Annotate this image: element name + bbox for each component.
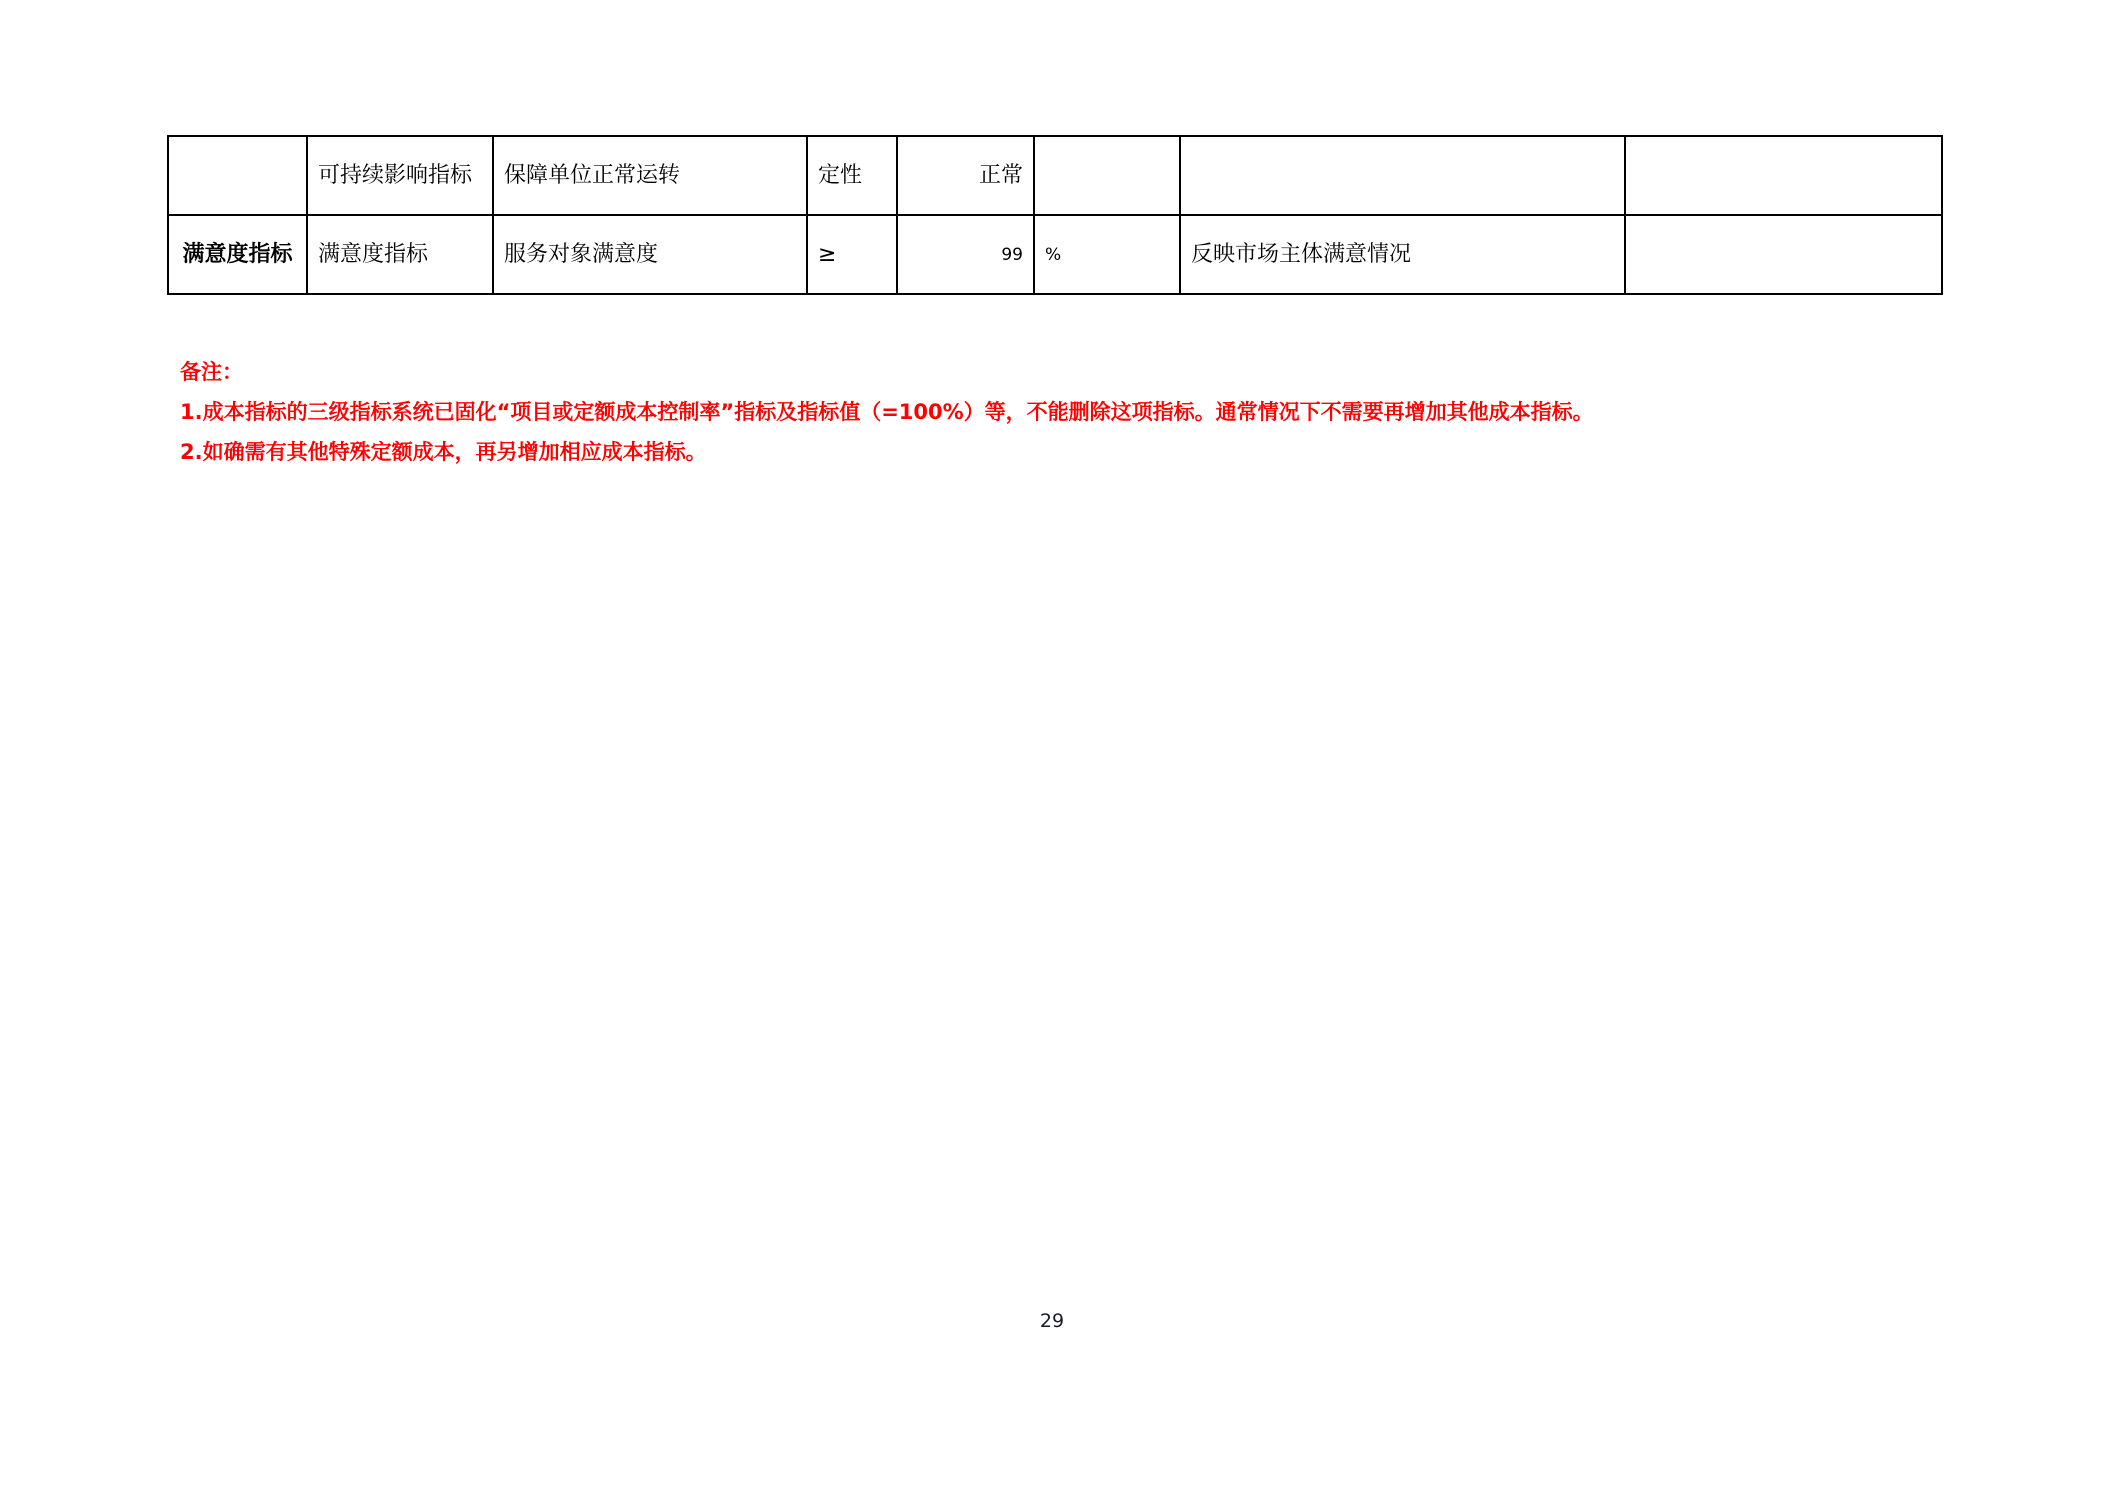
table-row: 可持续影响指标 保障单位正常运转 定性 正常 — [168, 136, 1942, 215]
level2-indicator-cell: 可持续影响指标 — [307, 136, 493, 215]
level3-indicator-cell: 保障单位正常运转 — [493, 136, 807, 215]
performance-indicator-table: 可持续影响指标 保障单位正常运转 定性 正常 满意度指标 满意度指标 服务对象满… — [167, 135, 1943, 295]
description-cell: 反映市场主体满意情况 — [1180, 215, 1625, 294]
indicator-value-cell: 99 — [897, 215, 1034, 294]
indicator-type-cell: 定性 — [807, 136, 897, 215]
unit-cell: % — [1034, 215, 1180, 294]
table-row: 满意度指标 满意度指标 服务对象满意度 ≥ 99 % 反映市场主体满意情况 — [168, 215, 1942, 294]
note-item: 1.成本指标的三级指标系统已固化“项目或定额成本控制率”指标及指标值（=100%… — [180, 392, 1594, 432]
indicator-type-cell: ≥ — [807, 215, 897, 294]
notes-title: 备注： — [180, 352, 1594, 392]
indicator-value-cell: 正常 — [897, 136, 1034, 215]
remark-cell — [1625, 136, 1942, 215]
description-cell — [1180, 136, 1625, 215]
page-number: 29 — [1030, 1310, 1074, 1332]
remark-cell — [1625, 215, 1942, 294]
level3-indicator-cell: 服务对象满意度 — [493, 215, 807, 294]
note-item: 2.如确需有其他特殊定额成本，再另增加相应成本指标。 — [180, 432, 1594, 472]
level1-indicator-cell — [168, 136, 307, 215]
level1-indicator-cell: 满意度指标 — [168, 215, 307, 294]
unit-cell — [1034, 136, 1180, 215]
level2-indicator-cell: 满意度指标 — [307, 215, 493, 294]
notes-section: 备注： 1.成本指标的三级指标系统已固化“项目或定额成本控制率”指标及指标值（=… — [180, 352, 1594, 472]
